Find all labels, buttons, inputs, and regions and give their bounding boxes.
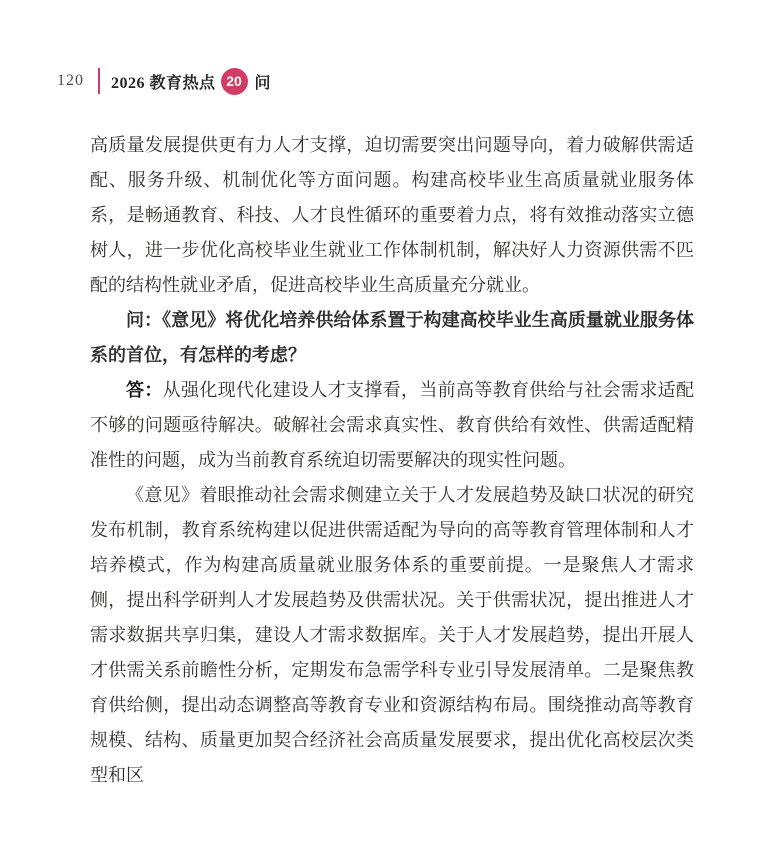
book-title-suffix: 问 — [255, 70, 271, 93]
page-body: 高质量发展提供更有力人才支撑，迫切需要突出问题导向，着力破解供需适配、服务升级、… — [90, 128, 694, 793]
question-paragraph: 问：《意见》将优化培养供给体系置于构建高校毕业生高质量就业服务体系的首位，有怎样… — [90, 303, 694, 373]
answer-paragraph: 答：从强化现代化建设人才支撑看，当前高等教育供给与社会需求适配不够的问题亟待解决… — [90, 373, 694, 478]
paragraph-continuation: 高质量发展提供更有力人才支撑，迫切需要突出问题导向，着力破解供需适配、服务升级、… — [90, 128, 694, 303]
page-number: 120 — [57, 72, 84, 90]
header-divider — [98, 68, 100, 94]
paragraph-measures: 《意见》着眼推动社会需求侧建立关于人才发展趋势及缺口状况的研究发布机制，教育系统… — [90, 478, 694, 793]
book-page: 120 2026 教育热点 20 问 高质量发展提供更有力人才支撑，迫切需要突出… — [0, 0, 778, 847]
answer-body: 从强化现代化建设人才支撑看，当前高等教育供给与社会需求适配不够的问题亟待解决。破… — [90, 380, 694, 470]
badge-20: 20 — [221, 68, 248, 95]
book-title: 2026 教育热点 — [111, 70, 216, 93]
answer-lead: 答： — [126, 380, 163, 400]
page-header: 120 2026 教育热点 20 问 — [57, 66, 271, 96]
